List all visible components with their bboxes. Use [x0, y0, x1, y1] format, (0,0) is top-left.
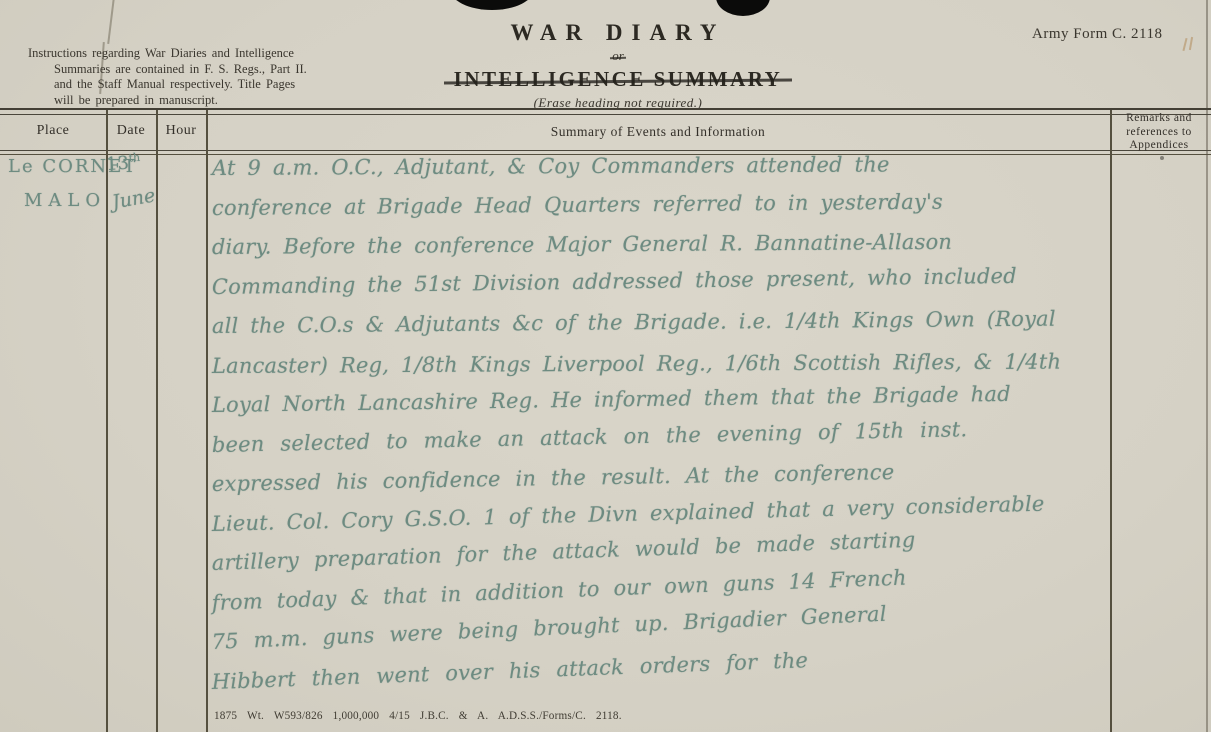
- pencil-stroke: [107, 0, 115, 44]
- handwritten-mark: [1182, 38, 1187, 51]
- form-imprint: 1875 Wt. W593/826 1,000,000 4/15 J.B.C. …: [214, 710, 622, 722]
- column-divider-place-date: [106, 110, 108, 732]
- entry-date-month: June: [110, 184, 157, 213]
- summary-line: all the C.O.s & Adjutants &c of the Brig…: [212, 306, 1117, 353]
- column-header-summary: Summary of Events and Information: [206, 124, 1110, 140]
- column-header-hour: Hour: [156, 123, 206, 139]
- entry-date-day: 13th: [105, 151, 141, 175]
- form-title-block: WAR DIARY or INTELLIGENCE SUMMARY (Erase…: [398, 20, 838, 111]
- form-title-conjunction: or: [612, 48, 624, 64]
- handwritten-mark: [1189, 37, 1193, 50]
- binding-hole-right: [716, 0, 770, 16]
- form-instructions: Instructions regarding War Diaries and I…: [28, 46, 358, 108]
- table-top-rule: [0, 108, 1211, 115]
- form-title-alt-struck: INTELLIGENCE SUMMARY: [454, 67, 783, 92]
- instructions-line: and the Staff Manual respectively. Title…: [28, 77, 358, 93]
- form-number: Army Form C. 2118: [1032, 26, 1162, 43]
- form-title: WAR DIARY: [398, 20, 838, 46]
- summary-line: conference at Brigade Head Quarters refe…: [212, 188, 1117, 235]
- binding-hole-left: [450, 0, 534, 10]
- column-divider-hour-summary: [206, 110, 208, 732]
- instructions-line: Summaries are contained in F. S. Regs., …: [28, 62, 358, 78]
- date-day-suffix: th: [128, 151, 140, 165]
- entry-place-line2: MALO: [24, 190, 106, 211]
- ink-speck: [1160, 156, 1164, 160]
- entry-summary-text: At 9 a.m. O.C., Adjutant, & Coy Commande…: [212, 156, 1117, 709]
- date-day-number: 13: [105, 153, 129, 176]
- column-header-place: Place: [0, 123, 106, 139]
- instructions-line: will be prepared in manuscript.: [28, 93, 358, 109]
- column-header-remarks: Remarks and references to Appendices: [1112, 112, 1206, 153]
- column-header-date: Date: [106, 123, 156, 139]
- instructions-line: Instructions regarding War Diaries and I…: [28, 46, 358, 62]
